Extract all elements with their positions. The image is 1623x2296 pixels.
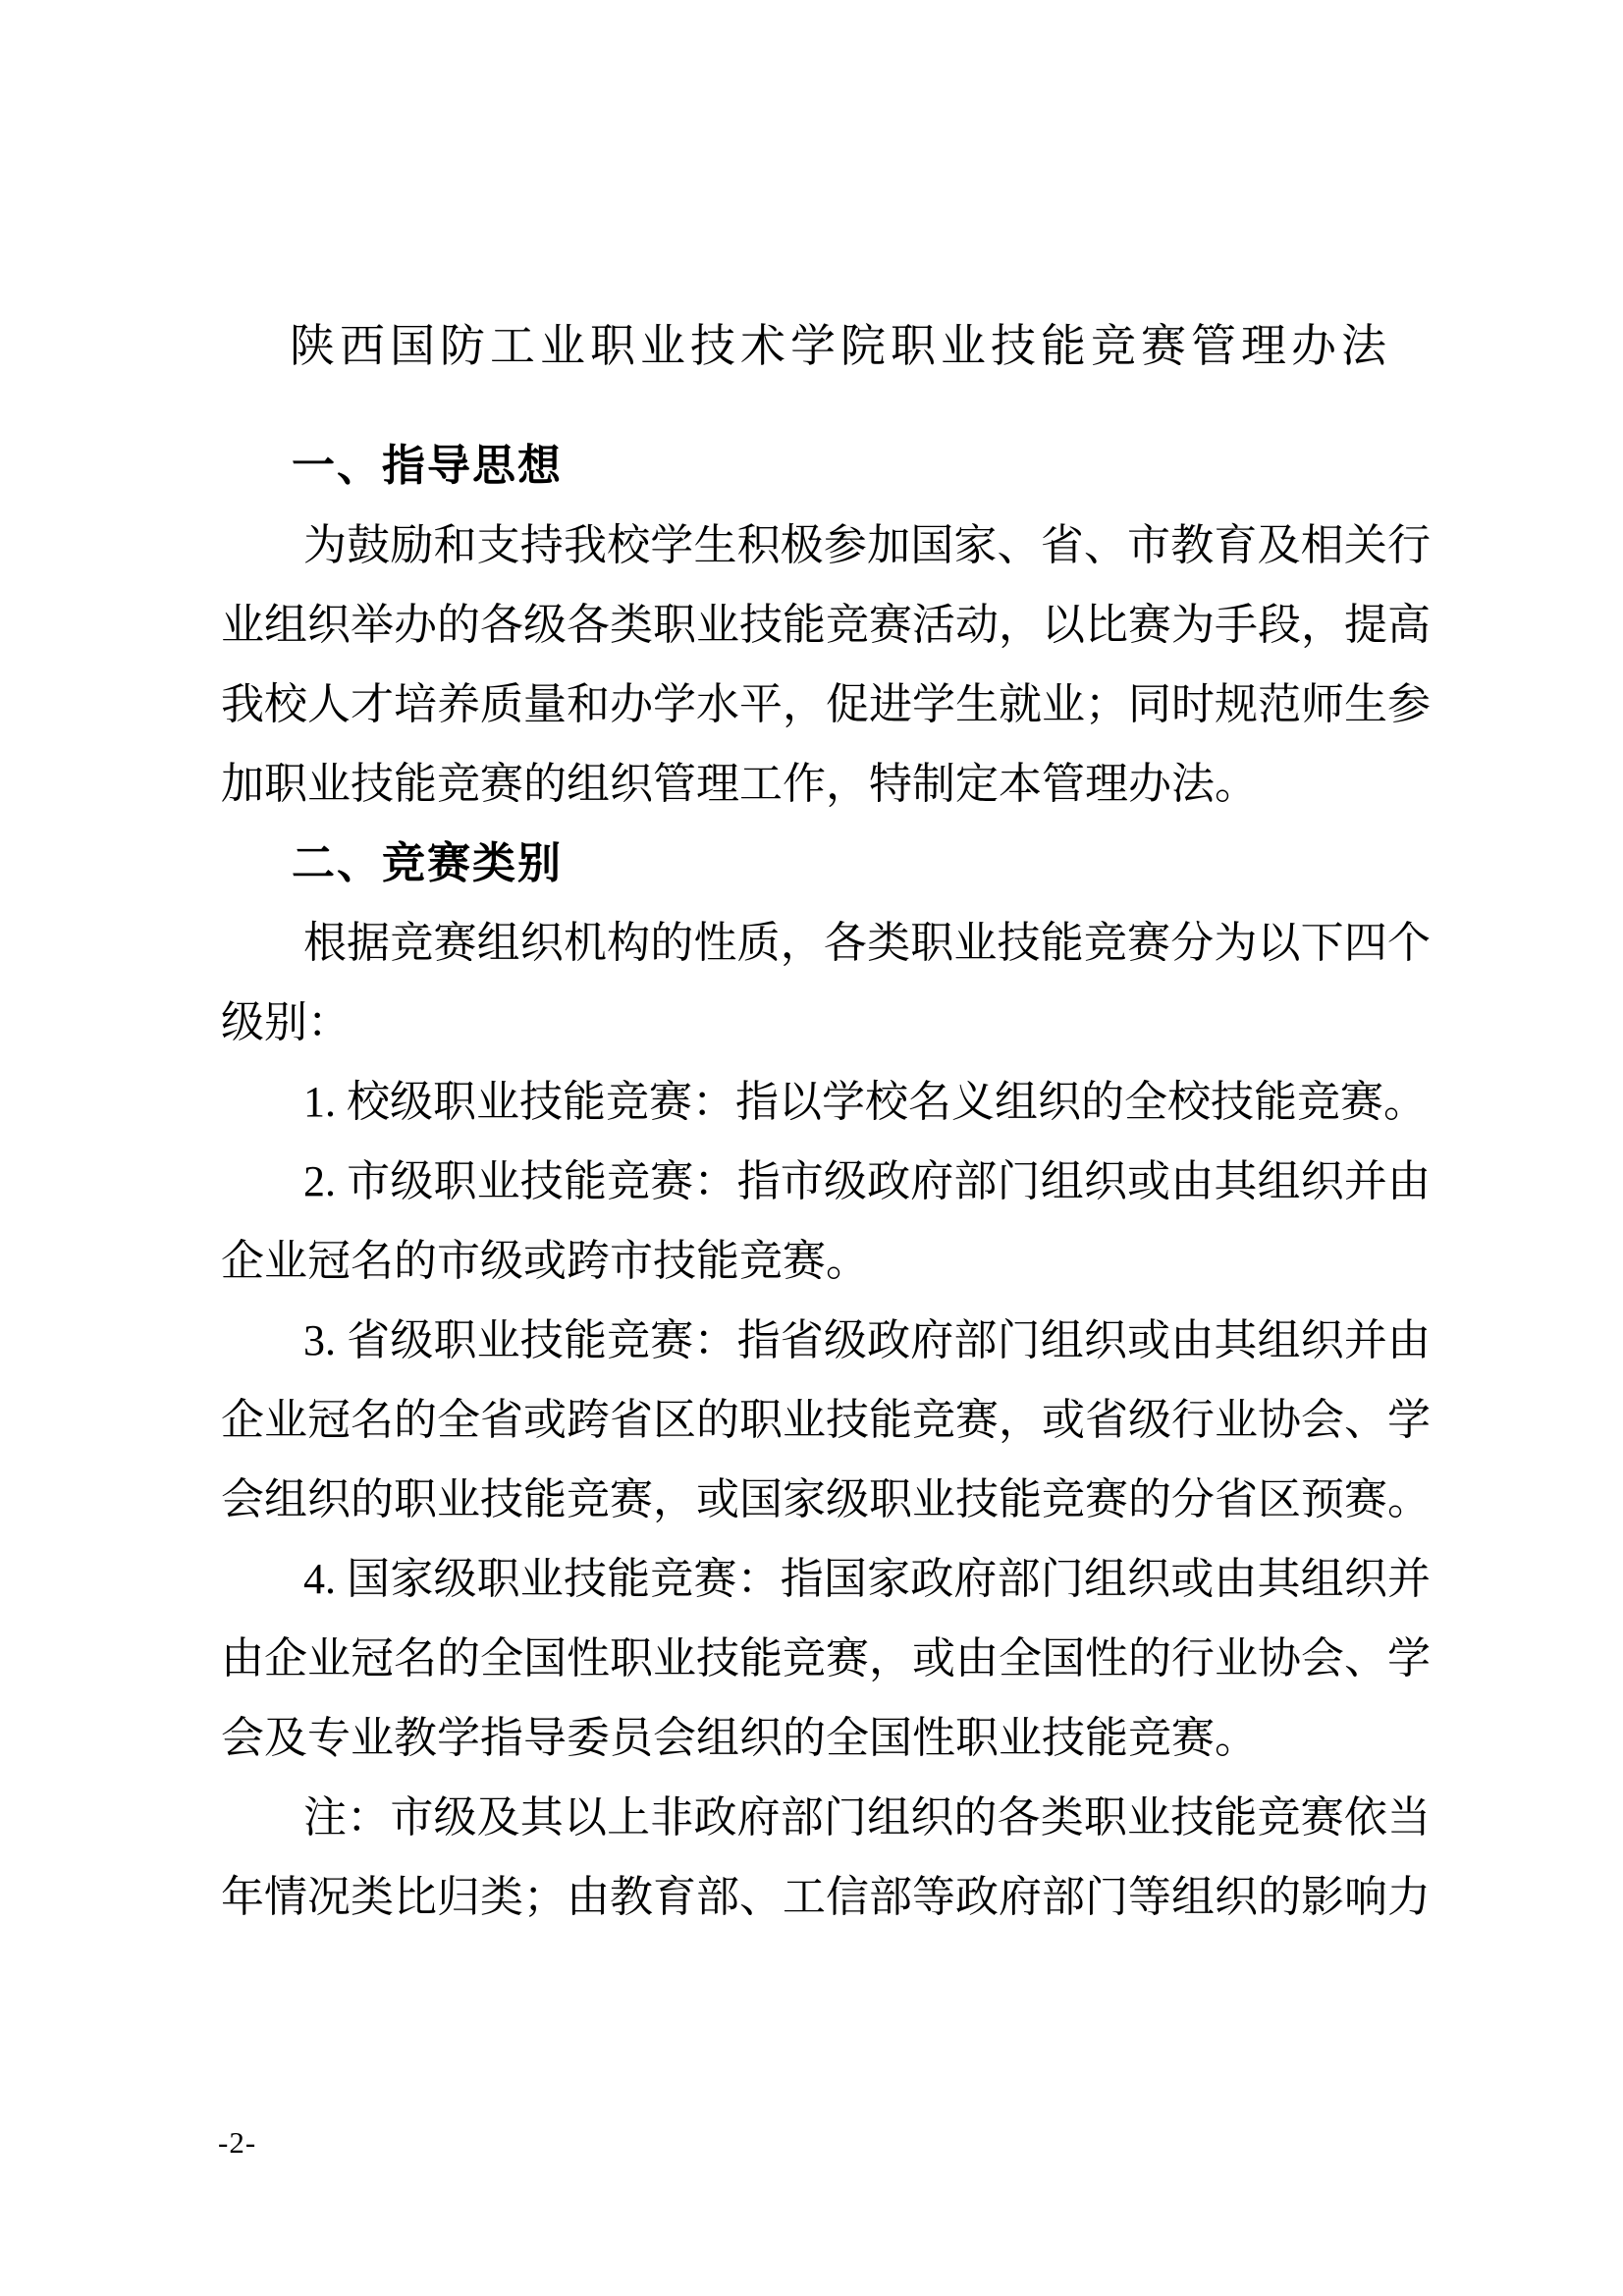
page-number: -2- bbox=[218, 2123, 256, 2163]
text-line: 企业冠名的全省或跨省区的职业技能竞赛，或省级行业协会、学 bbox=[221, 1380, 1431, 1460]
text-line: 加职业技能竞赛的组织管理工作，特制定本管理办法。 bbox=[221, 744, 1431, 824]
text-line: 3. 省级职业技能竞赛：指省级政府部门组织或由其组织并由 bbox=[221, 1301, 1431, 1380]
document-page: 陕西国防工业职业技术学院职业技能竞赛管理办法 一、指导思想 为鼓励和支持我校学生… bbox=[0, 0, 1623, 2296]
text-line: 2. 市级职业技能竞赛：指市级政府部门组织或由其组织并由 bbox=[221, 1142, 1431, 1221]
text-line: 由企业冠名的全国性职业技能竞赛，或由全国性的行业协会、学 bbox=[221, 1619, 1431, 1698]
text-line: 会及专业教学指导委员会组织的全国性职业技能竞赛。 bbox=[221, 1698, 1431, 1778]
document-body: 一、指导思想 为鼓励和支持我校学生积极参加国家、省、市教育及相关行 业组织举办的… bbox=[221, 426, 1431, 1937]
text-line: 4. 国家级职业技能竞赛：指国家政府部门组织或由其组织并 bbox=[221, 1539, 1431, 1619]
text-line: 企业冠名的市级或跨市技能竞赛。 bbox=[221, 1221, 1431, 1301]
text-line: 我校人才培养质量和办学水平，促进学生就业；同时规范师生参 bbox=[221, 665, 1431, 744]
document-title: 陕西国防工业职业技术学院职业技能竞赛管理办法 bbox=[221, 323, 1431, 370]
section-heading: 一、指导思想 bbox=[221, 426, 1431, 506]
text-line: 1. 校级职业技能竞赛：指以学校名义组织的全校技能竞赛。 bbox=[221, 1062, 1431, 1142]
text-line: 根据竞赛组织机构的性质，各类职业技能竞赛分为以下四个 bbox=[221, 903, 1431, 983]
text-line: 会组织的职业技能竞赛，或国家级职业技能竞赛的分省区预赛。 bbox=[221, 1460, 1431, 1539]
text-line: 注：市级及其以上非政府部门组织的各类职业技能竞赛依当 bbox=[221, 1778, 1431, 1857]
text-line: 为鼓励和支持我校学生积极参加国家、省、市教育及相关行 bbox=[221, 506, 1431, 585]
text-line: 级别： bbox=[221, 983, 1431, 1062]
section-heading: 二、竞赛类别 bbox=[221, 824, 1431, 903]
text-line: 年情况类比归类；由教育部、工信部等政府部门等组织的影响力 bbox=[221, 1857, 1431, 1937]
text-line: 业组织举办的各级各类职业技能竞赛活动，以比赛为手段，提高 bbox=[221, 585, 1431, 665]
